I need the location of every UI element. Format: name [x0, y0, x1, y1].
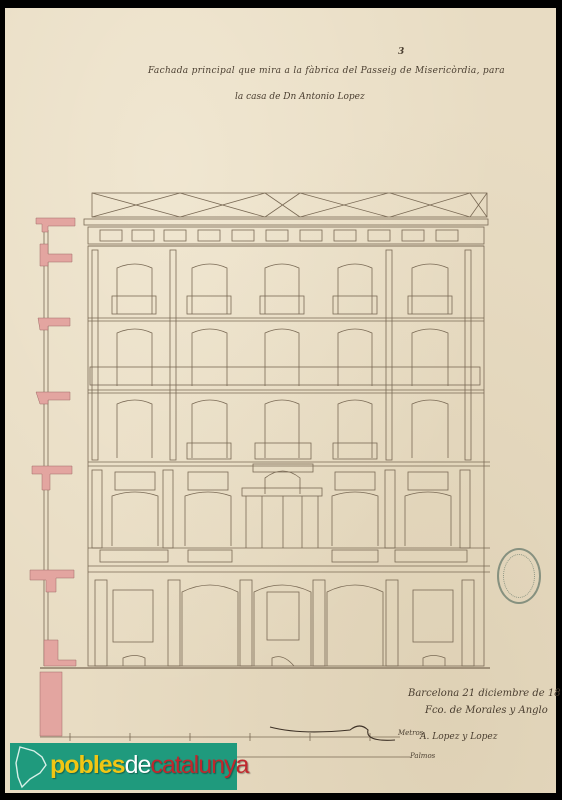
watermark-part-de: de — [125, 751, 151, 779]
owner-signature: A. Lopez y Lopez — [420, 732, 497, 742]
watermark-part-pobles: pobles — [50, 751, 125, 779]
catalonia-map-outline-icon — [12, 743, 52, 790]
date-place-line: Barcelona 21 diciembre de 1877 — [408, 688, 562, 699]
watermark-text: poblesdecatalunya — [50, 750, 248, 780]
architect-signature: Fco. de Morales y Anglo — [425, 705, 548, 716]
pobles-de-catalunya-watermark: poblesdecatalunya — [10, 743, 237, 790]
scale-label-palmos: Palmos — [410, 752, 435, 760]
official-stamp — [497, 548, 541, 604]
facade-elevation-drawing — [0, 0, 562, 800]
watermark-part-catalunya: catalunya — [150, 751, 248, 779]
